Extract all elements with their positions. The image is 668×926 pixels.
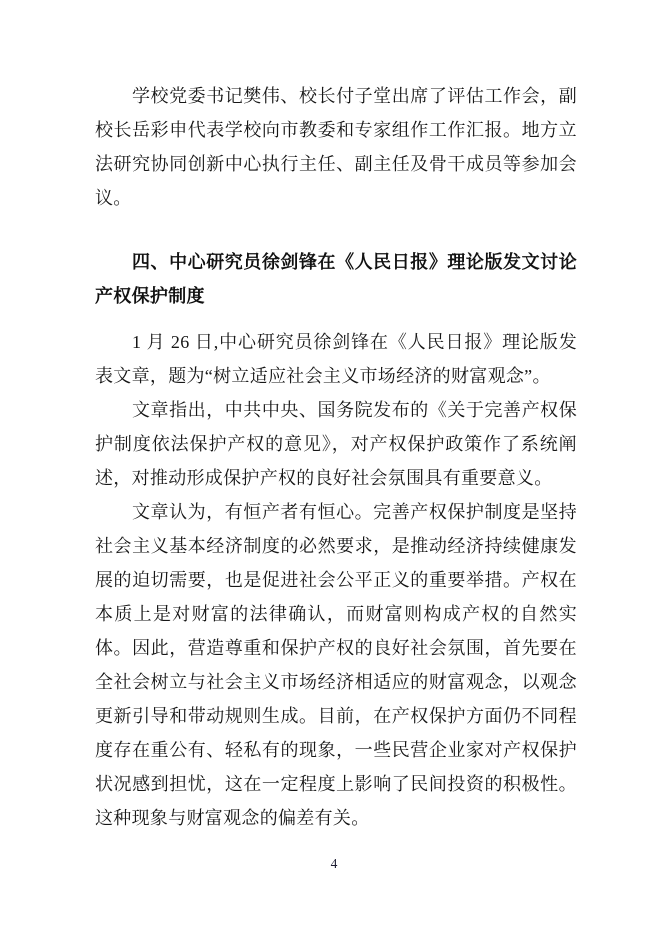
text-line: 展的迫切需要，也是促进社会公平正义的重要举措。产权在 [95,563,577,597]
text-line: 度存在重公有、轻私有的现象，一些民营企业家对产权保护 [95,733,577,767]
text-line: 社会主义基本经济制度的必然要求，是推动经济持续健康发 [95,529,577,563]
paragraph: 1 月 26 日,中心研究员徐剑锋在《人民日报》理论版发表文章，题为“树立适应社… [95,325,577,393]
document-page: 学校党委书记樊伟、校长付子堂出席了评估工作会，副校长岳彩申代表学校向市教委和专家… [0,0,668,926]
text-line: 法研究协同创新中心执行主任、副主任及骨干成员等参加会 [95,147,577,181]
section-heading: 四、中心研究员徐剑锋在《人民日报》理论版发文讨论产权保护制度 [95,245,577,313]
text-line: 全社会树立与社会主义市场经济相适应的财富观念，以观念 [95,665,577,699]
paragraph: 文章指出，中共中央、国务院发布的《关于完善产权保护制度依法保护产权的意见》，对产… [95,393,577,495]
text-line: 议。 [95,181,577,215]
text-line: 护制度依法保护产权的意见》，对产权保护政策作了系统阐 [95,427,577,461]
text-line: 校长岳彩申代表学校向市教委和专家组作工作汇报。地方立 [95,113,577,147]
text-line: 这种现象与财富观念的偏差有关。 [95,801,577,835]
text-line: 体。因此，营造尊重和保护产权的良好社会氛围，首先要在 [95,631,577,665]
text-line: 四、中心研究员徐剑锋在《人民日报》理论版发文讨论 [95,245,577,279]
paragraph: 学校党委书记樊伟、校长付子堂出席了评估工作会，副校长岳彩申代表学校向市教委和专家… [95,79,577,215]
text-line: 1 月 26 日,中心研究员徐剑锋在《人民日报》理论版发 [95,325,577,359]
page-number: 4 [331,856,338,871]
text-line: 状况感到担忧，这在一定程度上影响了民间投资的积极性。 [95,767,577,801]
page-footer: 4 [0,855,668,873]
text-line: 学校党委书记樊伟、校长付子堂出席了评估工作会，副 [95,79,577,113]
text-line: 产权保护制度 [95,279,577,313]
text-line: 本质上是对财富的法律确认，而财富则构成产权的自然实 [95,597,577,631]
text-line: 文章认为，有恒产者有恒心。完善产权保护制度是坚持 [95,495,577,529]
paragraph: 文章认为，有恒产者有恒心。完善产权保护制度是坚持社会主义基本经济制度的必然要求，… [95,495,577,835]
text-line: 更新引导和带动规则生成。目前，在产权保护方面仍不同程 [95,699,577,733]
text-line: 表文章，题为“树立适应社会主义市场经济的财富观念”。 [95,359,577,393]
text-line: 文章指出，中共中央、国务院发布的《关于完善产权保 [95,393,577,427]
text-line: 述，对推动形成保护产权的良好社会氛围具有重要意义。 [95,461,577,495]
document-body: 学校党委书记樊伟、校长付子堂出席了评估工作会，副校长岳彩申代表学校向市教委和专家… [95,79,577,835]
